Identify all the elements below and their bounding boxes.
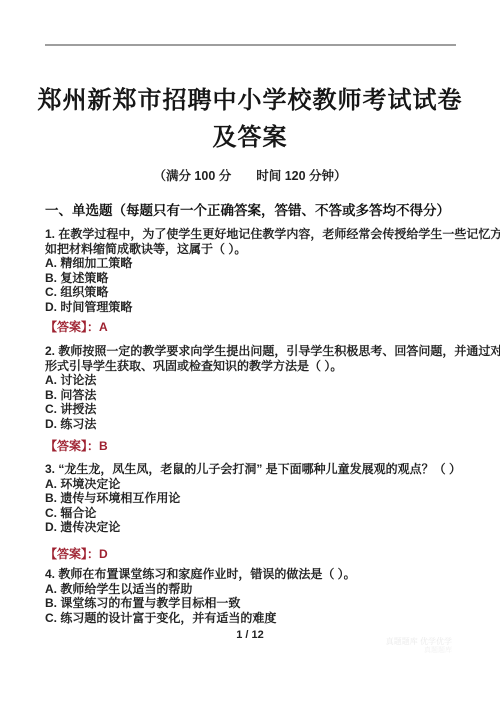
question-4-text-line: 4. 教师在布置课堂练习和家庭作业时，错误的做法是（ ）。	[45, 567, 470, 582]
question-3-answer: 【答案】：D	[45, 545, 108, 562]
exam-document-page: 郑州新郑市招聘中小学校教师考试试卷 及答案 （满分 100 分 时间 120 分…	[0, 0, 500, 707]
watermark-line1: 真题题库 优学优学	[386, 637, 452, 646]
document-title-line1: 郑州新郑市招聘中小学校教师考试试卷	[30, 82, 470, 119]
watermark-line2: 真题题库	[386, 646, 452, 655]
question-3: 3. “龙生龙，凤生凤，老鼠的儿子会打洞” 是下面哪种儿童发展观的观点？（ ） …	[45, 462, 470, 535]
question-2-text-line: 2. 教师按照一定的教学要求向学生提出问题，引导学生积极思考、回答问题，并通过对…	[45, 344, 470, 359]
answer-letter: D	[99, 547, 108, 561]
answer-label: 【答案】：	[45, 547, 99, 561]
question-1-answer: 【答案】：A	[45, 318, 108, 335]
answer-label: 【答案】：	[45, 320, 99, 334]
question-1-option-b: B. 复述策略	[45, 271, 470, 286]
question-1: 1. 在教学过程中，为了使学生更好地记住教学内容，老师经常会传授给学生一些记忆方…	[45, 227, 470, 315]
top-divider-line	[45, 44, 456, 46]
answer-letter: B	[99, 439, 108, 453]
document-title: 郑州新郑市招聘中小学校教师考试试卷 及答案	[30, 82, 470, 156]
answer-label: 【答案】：	[45, 439, 99, 453]
question-1-option-d: D. 时间管理策略	[45, 300, 470, 315]
question-4-option-a: A. 教师给学生以适当的帮助	[45, 582, 470, 597]
question-2-text-line: 形式引导学生获取、巩固或检查知识的教学方法是（ ）。	[45, 359, 470, 374]
question-2: 2. 教师按照一定的教学要求向学生提出问题，引导学生积极思考、回答问题，并通过对…	[45, 344, 470, 432]
question-1-option-c: C. 组织策略	[45, 285, 470, 300]
question-4-option-c: C. 练习题的设计富于变化，并有适当的难度	[45, 611, 470, 626]
watermark: 真题题库 优学优学 真题题库	[386, 637, 452, 655]
question-3-option-b: B. 遗传与环境相互作用论	[45, 491, 470, 506]
question-1-text-line: 如把材料缩简成歌诀等，这属于（ ）。	[45, 242, 470, 257]
section-heading-single-choice: 一、单选题（每题只有一个正确答案，答错、不答或多答均不得分）	[45, 199, 465, 219]
question-4: 4. 教师在布置课堂练习和家庭作业时，错误的做法是（ ）。 A. 教师给学生以适…	[45, 567, 470, 625]
document-title-line2: 及答案	[30, 119, 470, 156]
question-3-option-c: C. 辐合论	[45, 506, 470, 521]
question-2-option-c: C. 讲授法	[45, 402, 470, 417]
question-3-option-a: A. 环境决定论	[45, 477, 470, 492]
question-4-option-b: B. 课堂练习的布置与教学目标相一致	[45, 596, 470, 611]
question-1-option-a: A. 精细加工策略	[45, 256, 470, 271]
answer-letter: A	[99, 320, 108, 334]
question-2-answer: 【答案】：B	[45, 437, 108, 454]
question-1-text-line: 1. 在教学过程中，为了使学生更好地记住教学内容，老师经常会传授给学生一些记忆方…	[45, 227, 470, 242]
exam-score-time-subtitle: （满分 100 分 时间 120 分钟）	[0, 166, 500, 184]
question-3-option-d: D. 遗传决定论	[45, 520, 470, 535]
question-2-option-d: D. 练习法	[45, 417, 470, 432]
question-2-option-a: A. 讨论法	[45, 373, 470, 388]
question-3-text-line: 3. “龙生龙，凤生凤，老鼠的儿子会打洞” 是下面哪种儿童发展观的观点？（ ）	[45, 462, 470, 477]
question-2-option-b: B. 问答法	[45, 388, 470, 403]
